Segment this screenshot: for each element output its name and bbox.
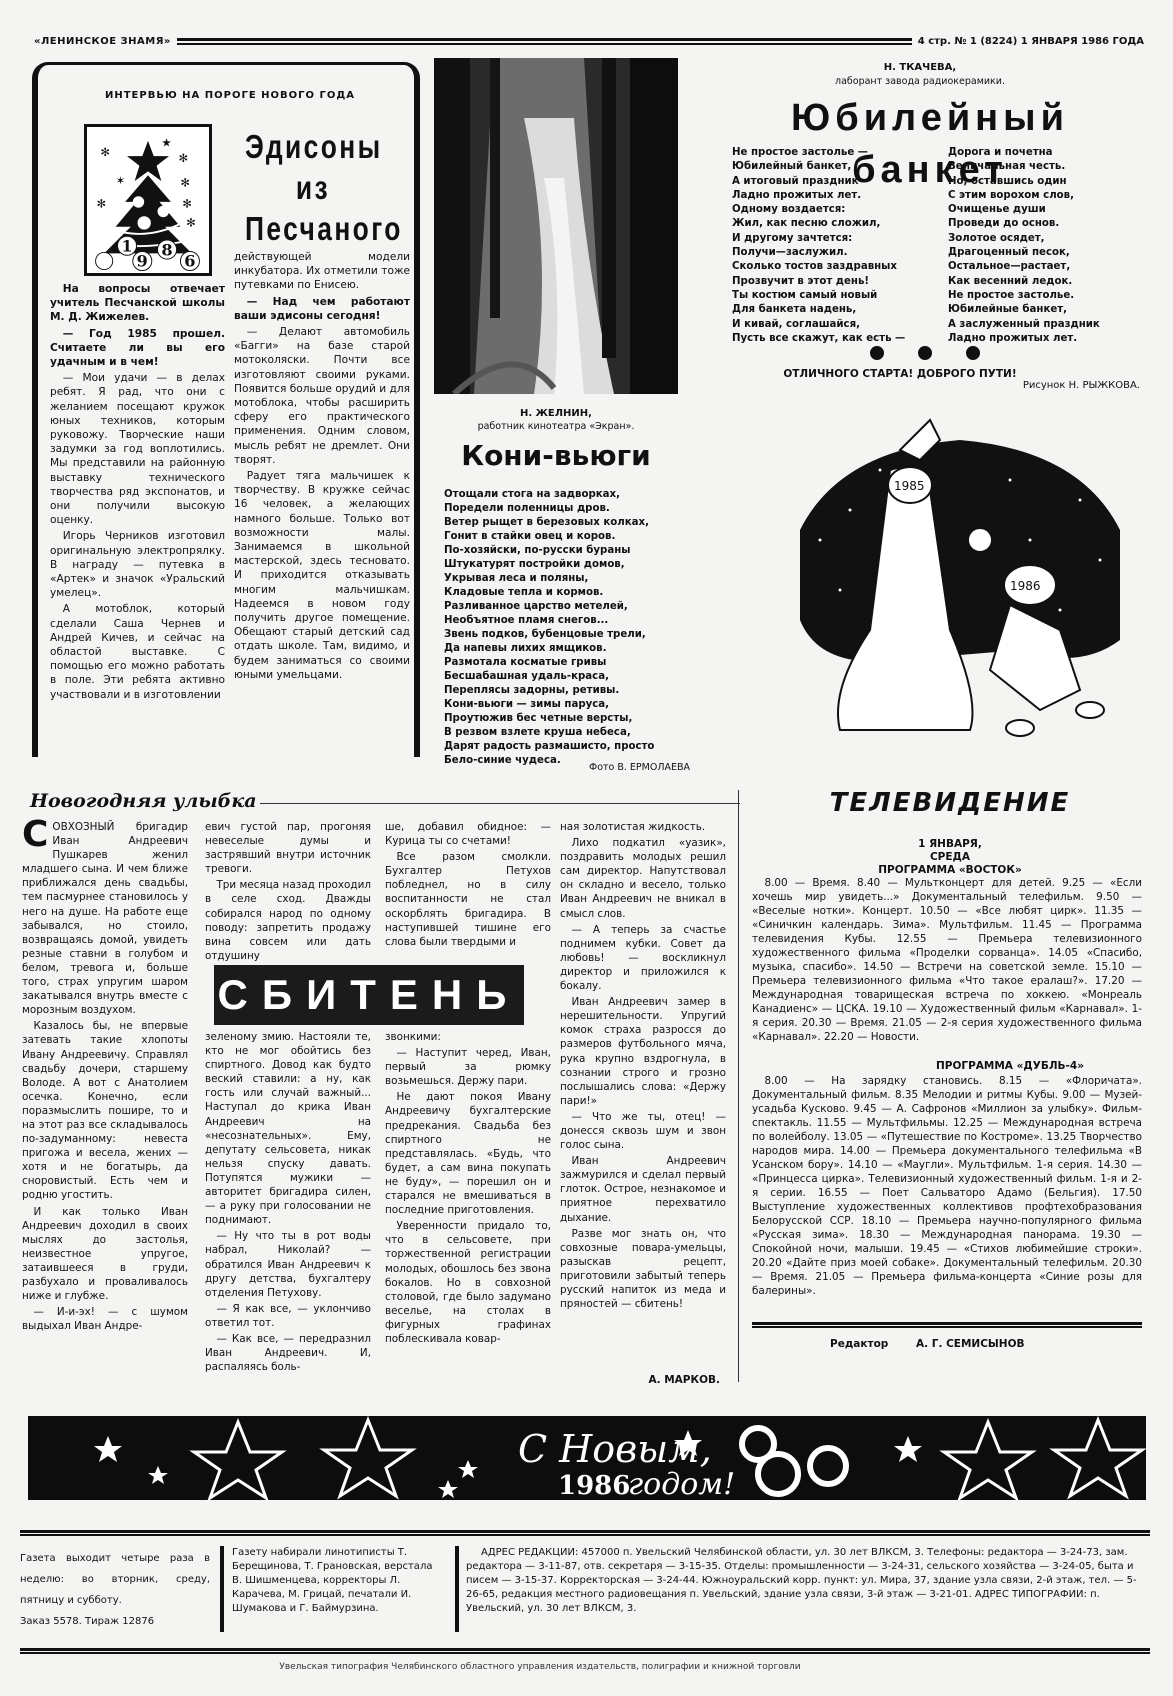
paragraph: Иван Андреевич зажмурился и сделал первы… — [560, 1154, 726, 1224]
christmas-tree-illustration: ✻✻✶ ✻✻✻ ✻★ 1 9 8 6 — [84, 124, 212, 276]
footer-rule — [20, 1530, 1150, 1536]
order-circulation: Заказ 5578. Тираж 12876 — [20, 1611, 210, 1632]
poem-column-right: Дорога и почетна Величальная честь. Но, … — [948, 146, 1138, 346]
paragraph: зеленому змию. Настояли те, кто не мог о… — [205, 1030, 371, 1227]
poem-line: Размотала косматые гривы — [444, 656, 684, 670]
story-column-3-top: ше, добавил обидное: — Курица ты со счет… — [385, 820, 551, 951]
poem-line: Ладно прожитых лет. — [948, 332, 1138, 346]
editor-credit: Редактор А. Г. СЕМИСЫНОВ — [830, 1338, 1025, 1350]
paragraph: Радует тяга мальчишек к творчеству. В кр… — [234, 469, 410, 682]
tv-date: 1 ЯНВАРЯ, СРЕДА — [760, 838, 1140, 864]
poem-column-left: Не простое застолье — Юбилейный банкет, … — [732, 146, 932, 346]
poem-line: Да напевы лихих ямщиков. — [444, 642, 684, 656]
poem-line: Остальное—растает, — [948, 260, 1138, 274]
section-rule — [260, 803, 740, 804]
poem-line: Дорога и почетна — [948, 146, 1138, 160]
story-column-2-top: евич густой пар, прогоняя невеселые думы… — [205, 820, 371, 965]
column-divider — [738, 790, 739, 1382]
poem-line: Разливанное царство метелей, — [444, 600, 684, 614]
poem-line: Ветер рыщет в березовых колках, — [444, 516, 684, 530]
poem-line: Юбилейные банкет, — [948, 303, 1138, 317]
poem-line: Золотое осядет, — [948, 232, 1138, 246]
paragraph: — Что же ты, отец! — донесся сквозь шум … — [560, 1110, 726, 1152]
story-column-2-bottom: зеленому змию. Настояли те, кто не мог о… — [205, 1030, 371, 1376]
poem-line: Укрывая леса и поляны, — [444, 572, 684, 586]
headline-line: Песчаного — [245, 208, 381, 249]
paragraph: звонкими: — [385, 1030, 551, 1044]
poem-line: Очищенье души — [948, 203, 1138, 217]
svg-text:✶: ✶ — [116, 174, 126, 188]
poem-line: По-хозяйски, по-русски бураны — [444, 544, 684, 558]
poem-line: С этим ворохом слов, — [948, 189, 1138, 203]
headline-line: Эдисоны — [245, 126, 381, 167]
question: — Год 1985 прошел. Считаете ли вы его уд… — [50, 327, 225, 370]
poem-line: Штукатурят постройки домов, — [444, 558, 684, 572]
old-year-label: 1985 — [894, 479, 925, 493]
tv-program-schedule: 8.00 — Время. 8.40 — Мультконцерт для де… — [752, 876, 1142, 1044]
poem-line: Величальная честь. — [948, 160, 1138, 174]
svg-text:✻: ✻ — [180, 176, 190, 190]
poem-author: Н. ЖЕЛНИН, — [434, 408, 678, 419]
svg-text:1: 1 — [121, 236, 132, 255]
tv-section-title: ТЕЛЕВИДЕНИЕ — [760, 788, 1140, 818]
poem-line: Дарят радость размашисто, просто — [444, 740, 684, 754]
poem-line: Не простое застолье. — [948, 289, 1138, 303]
winter-forest-photo — [434, 58, 678, 394]
banner-graphic: С Новым, 1986 годом! — [28, 1416, 1146, 1500]
poem-line: Сколько тостов заздравных — [732, 260, 932, 274]
publication-schedule: Газета выходит четыре раза в неделю: во … — [20, 1548, 210, 1611]
poem-line: Переплясы задорны, ретивы. — [444, 684, 684, 698]
tv-program-title: ПРОГРАММА «ДУБЛЬ-4» — [820, 1060, 1173, 1072]
svg-text:9: 9 — [137, 252, 148, 271]
paragraph: Уверенности придало то, что в сельсовете… — [385, 1219, 551, 1346]
paragraph: Игорь Черников изготовил оригинальную эл… — [50, 529, 225, 600]
interview-column-2: действующей модели инкубатора. Их отмети… — [234, 250, 410, 684]
printer-info: Увельская типография Челябинского област… — [180, 1662, 900, 1672]
interview-headline: Эдисоны из Песчаного — [245, 126, 381, 249]
paragraph: ше, добавил обидное: — Курица ты со счет… — [385, 820, 551, 848]
paragraph: Казалось бы, не впервые затевать такие х… — [22, 1019, 188, 1202]
drawing-credit: Рисунок Н. РЫЖКОВА. — [940, 380, 1140, 391]
paragraph: Лихо подкатил «уазик», поздравить молоды… — [560, 836, 726, 921]
paragraph: — Наступит черед, Иван, первый за рюмку … — [385, 1046, 551, 1088]
christmas-tree-icon: ✻✻✶ ✻✻✻ ✻★ 1 9 8 6 — [87, 127, 209, 273]
poem-line: Проутюжив бес четные версты, — [444, 712, 684, 726]
tv-weekday: СРЕДА — [760, 851, 1140, 864]
paragraph: — Мои удачи — в делах ребят. Я рад, что … — [50, 371, 225, 527]
svg-text:8: 8 — [161, 240, 172, 259]
poem-line: Необъятное пламя снегов... — [444, 614, 684, 628]
question: — Над чем работают ваши эдисоны сегодня! — [234, 295, 410, 323]
story-headline: СБИТЕНЬ — [214, 965, 524, 1025]
poem-line: И другому зачтется: — [732, 232, 932, 246]
masthead: «ЛЕНИНСКОЕ ЗНАМЯ» 4 стр. № 1 (8224) 1 ЯН… — [34, 34, 1144, 48]
banner-greeting-line1: С Новым, — [518, 1427, 712, 1471]
photo-credit: Фото В. ЕРМОЛАЕВА — [520, 762, 690, 773]
separator-dots — [870, 346, 980, 360]
paragraph: — Я как все, — уклончиво ответил тот. — [205, 1302, 371, 1330]
paragraph: А мотоблок, который сделали Саша Чернев … — [50, 602, 225, 701]
staff-credits: Газету набирали линотиписты Т. Берещинов… — [232, 1546, 442, 1616]
paragraph: — Делают автомобиль «Багги» на базе стар… — [234, 325, 410, 467]
poem-line: Кони-вьюги — зимы паруса, — [444, 698, 684, 712]
poem-line: Проведи до основ. — [948, 217, 1138, 231]
svg-text:✻: ✻ — [97, 197, 107, 211]
dot-icon — [918, 346, 932, 360]
issue-info: 4 стр. № 1 (8224) 1 ЯНВАРЯ 1986 ГОДА — [918, 36, 1144, 47]
poem-line: Пусть все скажут, как есть — — [732, 332, 932, 346]
poem-line: Поредели поленницы дров. — [444, 502, 684, 516]
headline-line: из — [245, 167, 381, 208]
poem-line: Отощали стога на задворках, — [444, 488, 684, 502]
svg-text:✻: ✻ — [179, 151, 189, 165]
dot-icon — [870, 346, 884, 360]
poem-author-role: лаборант завода радиокерамики. — [760, 76, 1080, 87]
poem-line: Кладовые тепла и кормов. — [444, 586, 684, 600]
poem-author-role: работник кинотеатра «Экран». — [434, 421, 678, 432]
svg-text:✻: ✻ — [182, 197, 192, 211]
poem-line: Юбилейный банкет, — [732, 160, 932, 174]
tv-program-schedule: 8.00 — На зарядку становись. 8.15 — «Фло… — [752, 1074, 1142, 1298]
poem-line: И кивай, соглашайся, — [732, 318, 932, 332]
paragraph: — А теперь за счастье поднимем кубки. Со… — [560, 923, 726, 993]
footer-divider — [220, 1546, 224, 1632]
paragraph: На вопросы отвечает учитель Песчанской ш… — [50, 282, 225, 325]
paragraph: евич густой пар, прогоняя невеселые думы… — [205, 820, 371, 876]
cartoon-illustration: 1985 1986 — [780, 410, 1140, 770]
editor-label: Редактор — [830, 1338, 888, 1350]
banner-year: 1986 — [558, 1471, 630, 1500]
new-year-cartoon: 1985 1986 — [780, 410, 1140, 770]
poem-line: Как весенний ледок. — [948, 275, 1138, 289]
poem-line: А итоговый праздник — [732, 175, 932, 189]
paragraph: — И-и-эх! — с шумом выдыхал Иван Андре- — [22, 1305, 188, 1333]
new-year-banner: С Новым, 1986 годом! — [28, 1416, 1146, 1500]
footer-divider — [455, 1546, 459, 1632]
poem-line: Жил, как песню сложил, — [732, 217, 932, 231]
poem-line: Одному воздается: — [732, 203, 932, 217]
footer-rule — [20, 1648, 1150, 1654]
newspaper-name: «ЛЕНИНСКОЕ ЗНАМЯ» — [34, 36, 171, 47]
poem-title: Кони-вьюги — [434, 436, 678, 476]
svg-text:✻: ✻ — [186, 216, 196, 230]
svg-text:✻: ✻ — [100, 145, 110, 159]
poem-line: Не простое застолье — — [732, 146, 932, 160]
editor-rule — [752, 1322, 1142, 1328]
poem-line: В резвом взлете круша небеса, — [444, 726, 684, 740]
editor-name: А. Г. СЕМИСЫНОВ — [916, 1338, 1025, 1350]
tv-program-title: ПРОГРАММА «ВОСТОК» — [760, 864, 1140, 876]
poem-author: Н. ТКАЧЕВА, — [760, 62, 1080, 73]
svg-text:★: ★ — [161, 136, 171, 150]
story-column-3-bottom: звонкими: — Наступит черед, Иван, первый… — [385, 1030, 551, 1348]
dropcap: С — [22, 820, 48, 850]
poem-line: Ты костюм самый новый — [732, 289, 932, 303]
new-year-label: 1986 — [1010, 579, 1041, 593]
paragraph: Разве мог знать он, что совхозные повара… — [560, 1227, 726, 1312]
paragraph: И как только Иван Андреевич доходил в св… — [22, 1205, 188, 1304]
poem-line: Звень подков, бубенцовые трели, — [444, 628, 684, 642]
paragraph: Не дают покоя Ивану Андреевичу бухгалтер… — [385, 1090, 551, 1217]
poem-line: Драгоценный песок, — [948, 246, 1138, 260]
paragraph: ная золотистая жидкость. — [560, 820, 726, 834]
poem-line: Прозвучит в этот день! — [732, 275, 932, 289]
photo-image — [434, 58, 678, 394]
poem-line: Гонит в стайки овец и коров. — [444, 530, 684, 544]
paragraph: — Как все, — передразнил Иван Андреевич.… — [205, 1332, 371, 1374]
story-author: А. МАРКОВ. — [560, 1374, 720, 1386]
masthead-rule — [177, 38, 912, 45]
poem-line: Бесшабашная удаль-краса, — [444, 670, 684, 684]
story-column-4: ная золотистая жидкость. Лихо подкатил «… — [560, 820, 726, 1313]
svg-text:6: 6 — [184, 252, 195, 271]
dot-icon — [966, 346, 980, 360]
poem-line: Ладно прожитых лет. — [732, 189, 932, 203]
interview-kicker: ИНТЕРВЬЮ НА ПОРОГЕ НОВОГО ГОДА — [60, 90, 400, 101]
paragraph: — Ну что ты в рот воды набрал, Николай? … — [205, 1229, 371, 1299]
poem-line: Получи—заслужил. — [732, 246, 932, 260]
paragraph: Все разом смолкли. Бухгалтер Петухов поб… — [385, 850, 551, 949]
poem-body: Отощали стога на задворках, Поредели пол… — [444, 488, 684, 768]
paragraph: Три месяца назад проходил в селе сход. Д… — [205, 878, 371, 963]
poem-line: Для банкета надень, — [732, 303, 932, 317]
poem-line: Но, оставшись один — [948, 175, 1138, 189]
tv-date-day: 1 ЯНВАРЯ, — [760, 838, 1140, 851]
paragraph: Иван Андреевич замер в нерешительности. … — [560, 995, 726, 1108]
interview-column-1: На вопросы отвечает учитель Песчанской ш… — [50, 282, 225, 704]
section-title: Новогодняя улыбка — [30, 790, 257, 812]
greeting-text: ОТЛИЧНОГО СТАРТА! ДОБРОГО ПУТИ! — [740, 368, 1060, 380]
editorial-address: АДРЕС РЕДАКЦИИ: 457000 п. Увельский Челя… — [466, 1546, 1146, 1616]
publication-info: Газета выходит четыре раза в неделю: во … — [20, 1548, 210, 1632]
paragraph: действующей модели инкубатора. Их отмети… — [234, 250, 410, 293]
story-column-1: С ОВХОЗНЫЙ бригадир Иван Андреевич Пушка… — [22, 820, 188, 1335]
banner-greeting-line2: годом! — [628, 1467, 735, 1500]
poem-line: А заслуженный праздник — [948, 318, 1138, 332]
